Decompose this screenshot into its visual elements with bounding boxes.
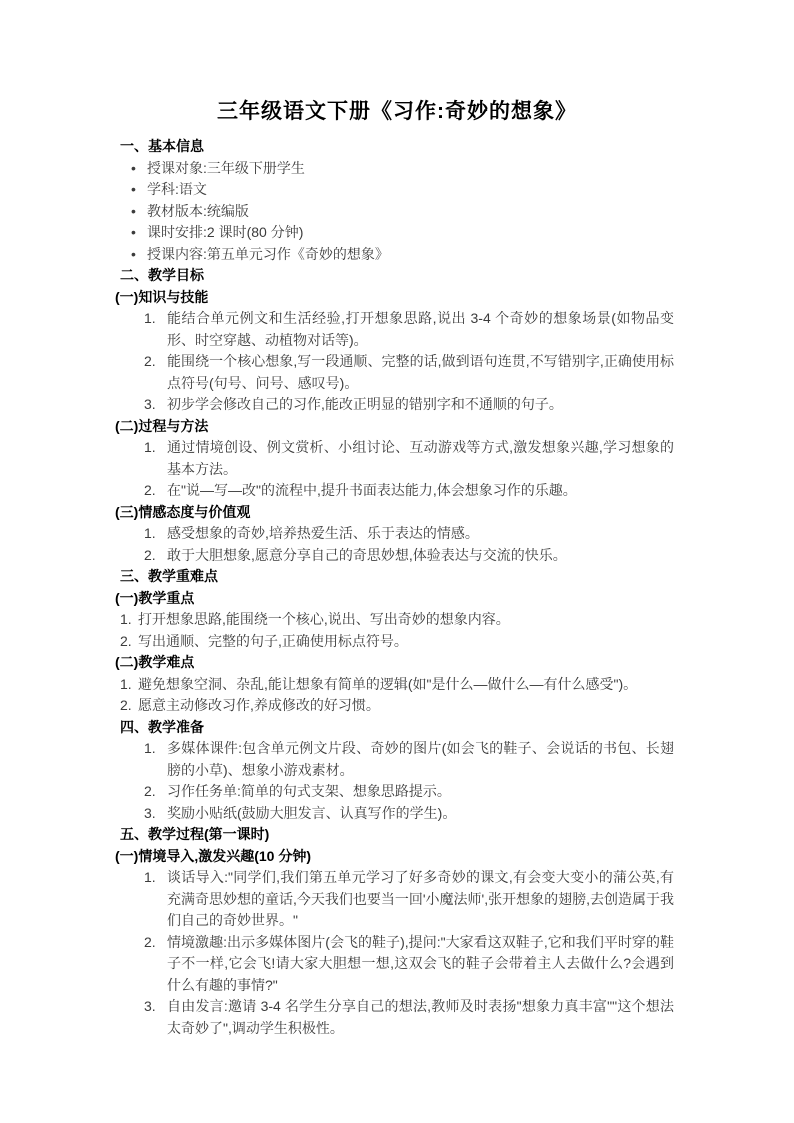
numbered-item: 2. 情境激趣:出示多媒体图片(会飞的鞋子),提问:"大家看这双鞋子,它和我们平… [120,932,674,997]
heading-basic-info: 一、基本信息 [120,136,674,158]
list-item-text: 情境激趣:出示多媒体图片(会飞的鞋子),提问:"大家看这双鞋子,它和我们平时穿的… [167,932,674,997]
list-number: 3. [120,996,167,1039]
list-item-text: 能围绕一个核心想象,写一段通顺、完整的话,做到语句连贯,不写错别字,正确使用标点… [167,351,674,394]
bullet-icon: • [120,179,147,201]
numbered-item: 1. 打开想象思路,能围绕一个核心,说出、写出奇妙的想象内容。 [120,609,674,631]
list-number: 1. [120,308,167,351]
list-item-text: 奖励小贴纸(鼓励大胆发言、认真写作的学生)。 [167,803,674,825]
list-item-text: 写出通顺、完整的句子,正确使用标点符号。 [138,631,674,653]
numbered-item: 3. 初步学会修改自己的习作,能改正明显的错别字和不通顺的句子。 [120,394,674,416]
numbered-item: 3. 自由发言:邀请 3-4 名学生分享自己的想法,教师及时表扬"想象力真丰富"… [120,996,674,1039]
bullet-icon: • [120,244,147,266]
bullet-icon: • [120,201,147,223]
list-item-text: 避免想象空洞、杂乱,能让想象有简单的逻辑(如"是什么—做什么—有什么感受")。 [138,674,674,696]
list-number: 2. [120,781,167,803]
list-number: 2. [120,932,167,997]
list-number: 2. [120,695,138,717]
list-item-text: 教材版本:统编版 [147,201,674,223]
list-item-text: 打开想象思路,能围绕一个核心,说出、写出奇妙的想象内容。 [138,609,674,631]
list-item-text: 初步学会修改自己的习作,能改正明显的错别字和不通顺的句子。 [167,394,674,416]
list-item-text: 愿意主动修改习作,养成修改的好习惯。 [138,695,674,717]
heading-knowledge-skills: (一)知识与技能 [115,287,674,309]
list-item-text: 学科:语文 [147,179,674,201]
numbered-item: 1. 谈话导入:"同学们,我们第五单元学习了好多奇妙的课文,有会变大变小的蒲公英… [120,867,674,932]
heading-teaching-process: 五、教学过程(第一课时) [120,824,674,846]
numbered-item: 2. 写出通顺、完整的句子,正确使用标点符号。 [120,631,674,653]
document-page: 三年级语文下册《习作:奇妙的想象》 一、基本信息 • 授课对象:三年级下册学生 … [0,0,794,1123]
heading-intro-stage: (一)情境导入,激发兴趣(10 分钟) [115,846,674,868]
heading-emotion-values: (三)情感态度与价值观 [115,502,674,524]
heading-goals: 二、教学目标 [120,265,674,287]
numbered-item: 2. 能围绕一个核心想象,写一段通顺、完整的话,做到语句连贯,不写错别字,正确使… [120,351,674,394]
list-item-text: 授课内容:第五单元习作《奇妙的想象》 [147,244,674,266]
list-number: 1. [120,437,167,480]
list-item-text: 课时安排:2 课时(80 分钟) [147,222,674,244]
bullet-icon: • [120,158,147,180]
list-number: 1. [120,674,138,696]
list-number: 1. [120,609,138,631]
numbered-item: 3. 奖励小贴纸(鼓励大胆发言、认真写作的学生)。 [120,803,674,825]
numbered-item: 1. 通过情境创设、例文赏析、小组讨论、互动游戏等方式,激发想象兴趣,学习想象的… [120,437,674,480]
list-number: 2. [120,480,167,502]
numbered-item: 1. 避免想象空洞、杂乱,能让想象有简单的逻辑(如"是什么—做什么—有什么感受"… [120,674,674,696]
heading-process-method: (二)过程与方法 [115,416,674,438]
list-number: 3. [120,803,167,825]
list-number: 1. [120,738,167,781]
heading-teaching-focus: (一)教学重点 [115,588,674,610]
numbered-item: 2. 在"说—写—改"的流程中,提升书面表达能力,体会想象习作的乐趣。 [120,480,674,502]
list-item-text: 感受想象的奇妙,培养热爱生活、乐于表达的情感。 [167,523,674,545]
numbered-item: 2. 愿意主动修改习作,养成修改的好习惯。 [120,695,674,717]
list-number: 2. [120,631,138,653]
list-item-text: 敢于大胆想象,愿意分享自己的奇思妙想,体验表达与交流的快乐。 [167,545,674,567]
numbered-item: 2. 敢于大胆想象,愿意分享自己的奇思妙想,体验表达与交流的快乐。 [120,545,674,567]
document-title: 三年级语文下册《习作:奇妙的想象》 [120,96,674,128]
bullet-icon: • [120,222,147,244]
numbered-item: 1. 能结合单元例文和生活经验,打开想象思路,说出 3-4 个奇妙的想象场景(如… [120,308,674,351]
list-item: • 授课内容:第五单元习作《奇妙的想象》 [120,244,674,266]
heading-key-points: 三、教学重难点 [120,566,674,588]
list-item-text: 能结合单元例文和生活经验,打开想象思路,说出 3-4 个奇妙的想象场景(如物品变… [167,308,674,351]
numbered-item: 1. 多媒体课件:包含单元例文片段、奇妙的图片(如会飞的鞋子、会说话的书包、长翅… [120,738,674,781]
list-number: 2. [120,351,167,394]
list-item: • 教材版本:统编版 [120,201,674,223]
list-number: 1. [120,867,167,932]
list-item-text: 在"说—写—改"的流程中,提升书面表达能力,体会想象习作的乐趣。 [167,480,674,502]
numbered-item: 1. 感受想象的奇妙,培养热爱生活、乐于表达的情感。 [120,523,674,545]
list-number: 2. [120,545,167,567]
heading-preparation: 四、教学准备 [120,717,674,739]
list-number: 3. [120,394,167,416]
list-item-text: 习作任务单:简单的句式支架、想象思路提示。 [167,781,674,803]
list-item: • 学科:语文 [120,179,674,201]
list-item: • 授课对象:三年级下册学生 [120,158,674,180]
list-item-text: 多媒体课件:包含单元例文片段、奇妙的图片(如会飞的鞋子、会说话的书包、长翅膀的小… [167,738,674,781]
list-item-text: 通过情境创设、例文赏析、小组讨论、互动游戏等方式,激发想象兴趣,学习想象的基本方… [167,437,674,480]
heading-teaching-difficulty: (二)教学难点 [115,652,674,674]
list-item-text: 谈话导入:"同学们,我们第五单元学习了好多奇妙的课文,有会变大变小的蒲公英,有充… [167,867,674,932]
list-number: 1. [120,523,167,545]
list-item-text: 自由发言:邀请 3-4 名学生分享自己的想法,教师及时表扬"想象力真丰富""这个… [167,996,674,1039]
list-item-text: 授课对象:三年级下册学生 [147,158,674,180]
list-item: • 课时安排:2 课时(80 分钟) [120,222,674,244]
numbered-item: 2. 习作任务单:简单的句式支架、想象思路提示。 [120,781,674,803]
